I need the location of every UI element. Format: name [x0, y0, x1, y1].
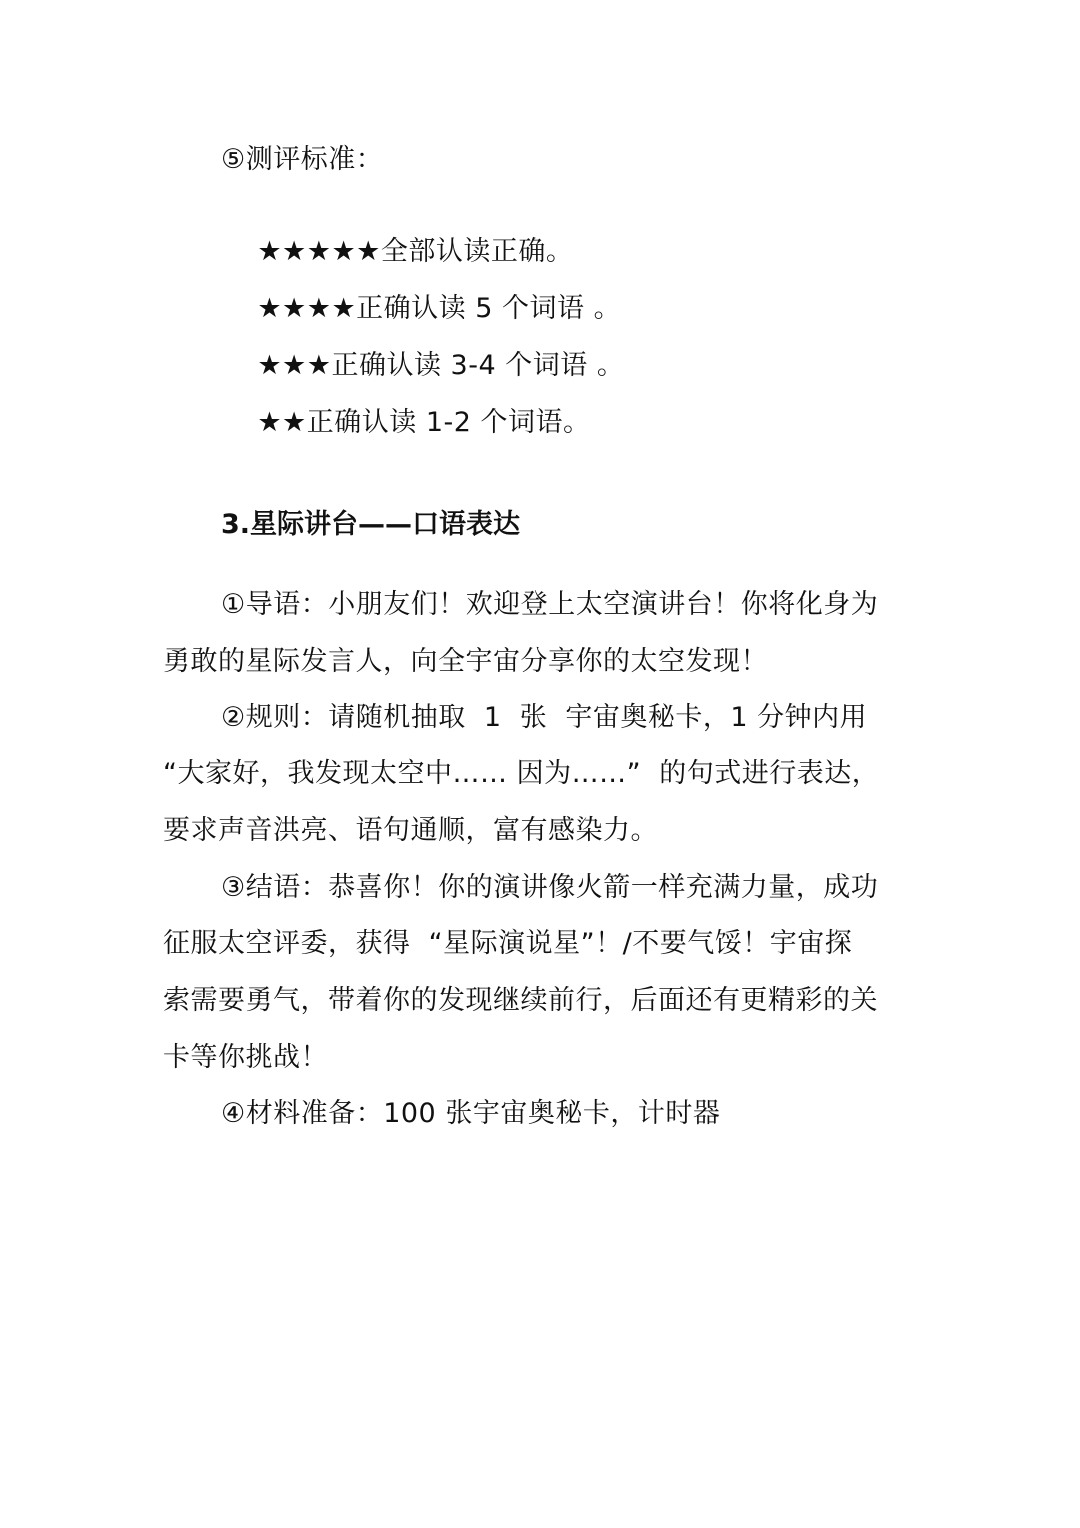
section-heading: 3.星际讲台——口语表达	[221, 507, 520, 543]
criteria-text: 正确认读 1-2 个词语。	[307, 407, 591, 438]
closing-line-2: 征服太空评委，获得 “星际演说星”！/不要气馁！宇宙探	[163, 926, 852, 962]
materials-line: ④材料准备：100 张宇宙奥秘卡，计时器	[221, 1096, 720, 1132]
document-page: ⑤测评标准： ★★★★★全部认读正确。 ★★★★正确认读 5 个词语 。 ★★★…	[0, 0, 1080, 1528]
rules-line-1: ②规则：请随机抽取 1 张 宇宙奥秘卡，1 分钟内用	[221, 700, 867, 736]
rules-line-2: “大家好，我发现太空中…… 因为……” 的句式进行表达，	[163, 756, 879, 792]
rules-line-3: 要求声音洪亮、语句通顺，富有感染力。	[163, 813, 658, 849]
closing-line-1: ③结语：恭喜你！你的演讲像火箭一样充满力量，成功	[221, 870, 878, 906]
intro-line-1: ①导语：小朋友们！欢迎登上太空演讲台！你将化身为	[221, 587, 878, 623]
intro-line-2: 勇敢的星际发言人，向全宇宙分享你的太空发现！	[163, 644, 768, 680]
criteria-level-2: ★★正确认读 1-2 个词语。	[221, 369, 591, 477]
closing-line-4: 卡等你挑战！	[163, 1040, 328, 1076]
criteria-title: ⑤测评标准：	[221, 142, 383, 178]
closing-line-3: 索需要勇气，带着你的发现继续前行，后面还有更精彩的关	[163, 983, 878, 1019]
star-rating-icon: ★★	[257, 407, 306, 438]
